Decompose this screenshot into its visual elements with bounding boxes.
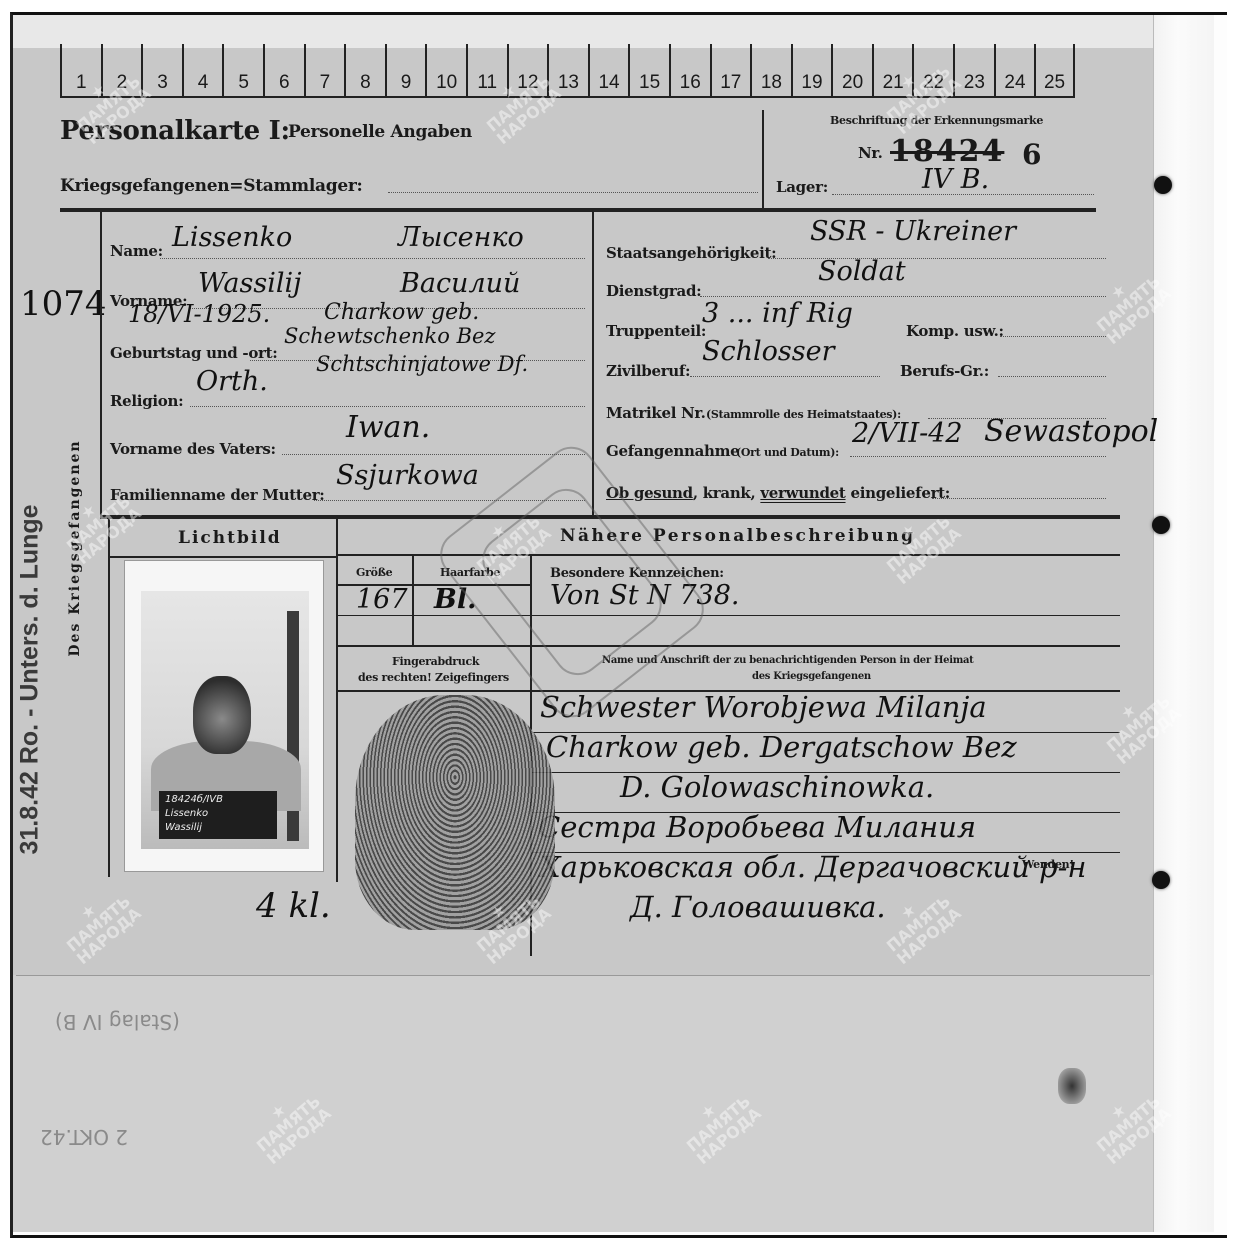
- ruler-cell: 13: [547, 44, 588, 96]
- photo-name-plate: 18424б/IVB Lissenko Wassilij: [159, 791, 277, 839]
- civil-line: [690, 376, 880, 377]
- photo-head: [193, 676, 251, 754]
- header-divider: [762, 110, 764, 210]
- height-col-divider: [412, 556, 414, 646]
- mother-value: Ssjurkowa: [336, 460, 479, 491]
- stammlager-label: Kriegsgefangenen=Stammlager:: [60, 176, 362, 196]
- rank-line: [700, 296, 1106, 297]
- plate-line-1: 18424б/IVB: [165, 793, 271, 807]
- plate-line-2: Lissenko: [165, 807, 271, 821]
- name-value-latin: Lissenko: [172, 222, 292, 253]
- stammlager-line: [388, 192, 758, 193]
- fingerprint-image: [355, 695, 555, 930]
- ruler-cell: 19: [791, 44, 832, 96]
- punch-hole: [1152, 871, 1170, 889]
- photo-label-rule: [110, 556, 336, 558]
- condition-verwundet: verwundet: [760, 484, 845, 502]
- binder-margin: [1153, 15, 1214, 1232]
- birth-place-3: Schtschinjatowe Df.: [316, 352, 528, 376]
- punch-hole: [1152, 516, 1170, 534]
- berufs-line: [998, 376, 1106, 377]
- ruler-cell: 25: [1034, 44, 1075, 96]
- contact-line: Д. Головашивка.: [630, 890, 886, 924]
- ruler-cell: 8: [344, 44, 385, 96]
- fingerprint-label-2: des rechten! Zeigefingers: [358, 671, 509, 684]
- capture-line: [850, 456, 1106, 457]
- card-title: Personalkarte I:: [60, 116, 290, 146]
- unit-label: Truppenteil:: [606, 322, 706, 340]
- father-value: Iwan.: [346, 410, 430, 445]
- contact-line: Сестра Воробьева Милания: [538, 810, 976, 844]
- class-note: 4 kl.: [256, 886, 331, 926]
- civil-label: Zivilberuf:: [606, 362, 690, 380]
- condition-krank: , krank,: [693, 484, 761, 502]
- margin-number: 1074: [20, 284, 107, 324]
- civil-value: Schlosser: [702, 336, 835, 367]
- capture-label: Gefangennahme: [606, 442, 739, 460]
- berufs-label: Berufs-Gr.:: [900, 362, 989, 380]
- ruler-cell: 2: [101, 44, 142, 96]
- photo-label: Lichtbild: [178, 528, 282, 548]
- unit-value: 3 ... inf Rig: [702, 298, 853, 329]
- name-value-cyrillic: Лысенко: [398, 222, 524, 253]
- condition-eingeliefert: eingeliefert:: [846, 484, 951, 502]
- citizenship-value: SSR - Ukreiner: [810, 216, 1016, 247]
- photo-image: 18424б/IVB Lissenko Wassilij: [141, 591, 309, 849]
- ink-blot: [1058, 1068, 1086, 1104]
- height-label: Größe: [356, 566, 392, 579]
- capture-place: Sewastopol: [984, 414, 1158, 449]
- ruler-cell: 15: [628, 44, 669, 96]
- ruler-cell: 4: [182, 44, 223, 96]
- ruler-cell: 12: [507, 44, 548, 96]
- ruler-cell: 17: [710, 44, 751, 96]
- ruler-cell: 21: [872, 44, 913, 96]
- citizenship-label: Staatsangehörigkeit:: [606, 244, 776, 262]
- matrikel-label: Matrikel Nr.: [606, 404, 706, 422]
- photo-left-border: [108, 517, 110, 877]
- header-rule: [60, 208, 1096, 212]
- name-label: Name:: [110, 242, 163, 260]
- komp-label: Komp. usw.:: [906, 322, 1004, 340]
- ruler-cell: 16: [669, 44, 710, 96]
- religion-line: [190, 406, 585, 407]
- condition-dots: [932, 498, 1106, 499]
- ruler-cell: 24: [994, 44, 1035, 96]
- ruler-cell: 1: [60, 44, 101, 96]
- ruler-cell: 20: [831, 44, 872, 96]
- punch-hole: [1154, 176, 1172, 194]
- komp-line: [1000, 336, 1106, 337]
- fingerprint-label-1: Fingerabdruck: [392, 655, 479, 668]
- ruler-cell: 10: [425, 44, 466, 96]
- photo-right-border: [336, 517, 338, 882]
- card-fold-line: [16, 975, 1150, 976]
- contact-line: Харьковская обл. Дергачовский р-н: [540, 850, 1087, 884]
- prisoner-photo: 18424б/IVB Lissenko Wassilij: [124, 560, 324, 872]
- contact-label-2: des Kriegsgefangenen: [752, 671, 871, 682]
- ruler-cell: 7: [304, 44, 345, 96]
- religion-value: Orth.: [196, 366, 268, 397]
- capture-note: (Ort und Datum):: [736, 446, 839, 459]
- vorname-value-cyrillic: Василий: [400, 268, 520, 299]
- religion-label: Religion:: [110, 392, 183, 410]
- name-line: [160, 258, 585, 259]
- ruler-cell: 11: [466, 44, 507, 96]
- nr-label: Nr.: [858, 144, 883, 162]
- birth-place-2: Schewtschenko Bez: [284, 324, 496, 348]
- contact-line: D. Golowaschinowka.: [620, 770, 934, 804]
- faint-stamp-1: (Stalag IV B): [55, 1010, 180, 1034]
- column-ruler: 1234567891011121314151617181920212223242…: [60, 44, 1075, 98]
- condition-line: Ob gesund, krank, verwundet eingeliefert…: [606, 484, 950, 502]
- father-label: Vorname des Vaters:: [110, 440, 276, 458]
- ruler-cell: 23: [953, 44, 994, 96]
- ruler-cell: 22: [912, 44, 953, 96]
- faint-stamp-2: 2 OKT.42: [40, 1125, 128, 1149]
- father-line: [282, 454, 585, 455]
- lager-label: Lager:: [776, 178, 828, 196]
- ruler-cell: 14: [588, 44, 629, 96]
- rank-label: Dienstgrad:: [606, 282, 701, 300]
- contact-line: Charkow geb. Dergatschow Bez: [546, 730, 1017, 764]
- capture-date: 2/VII-42: [852, 418, 963, 449]
- card-subtitle: Personelle Angaben: [288, 122, 472, 142]
- lager-value: IV B.: [922, 164, 989, 195]
- card-lower-area: [13, 975, 1153, 1232]
- height-value: 167: [356, 584, 408, 615]
- ruler-cell: 5: [222, 44, 263, 96]
- plate-line-3: Wassilij: [165, 821, 271, 835]
- fingerprint-rule: [338, 645, 1120, 647]
- birth-place-1: Charkow geb.: [324, 300, 479, 325]
- birth-date: 18/VI-1925.: [128, 300, 270, 328]
- ruler-cell: 9: [385, 44, 426, 96]
- marke-label: Beschriftung der Erkennungsmarke: [830, 114, 1043, 127]
- wenden-label: Wenden!: [1022, 858, 1074, 871]
- ruler-cell: 3: [141, 44, 182, 96]
- ruler-cell: 18: [750, 44, 791, 96]
- nr-suffix: 6: [1022, 138, 1041, 171]
- ruler-cell: 6: [263, 44, 304, 96]
- margin-stamp: 31.8.42 Ro. - Unters. d. Lunge: [10, 380, 48, 860]
- vertical-label: Des Kriegsgefangenen: [60, 400, 90, 700]
- vorname-value-latin: Wassilij: [198, 268, 302, 299]
- left-border: [100, 212, 102, 517]
- mother-label: Familienname der Mutter:: [110, 486, 325, 504]
- rank-value: Soldat: [818, 256, 906, 287]
